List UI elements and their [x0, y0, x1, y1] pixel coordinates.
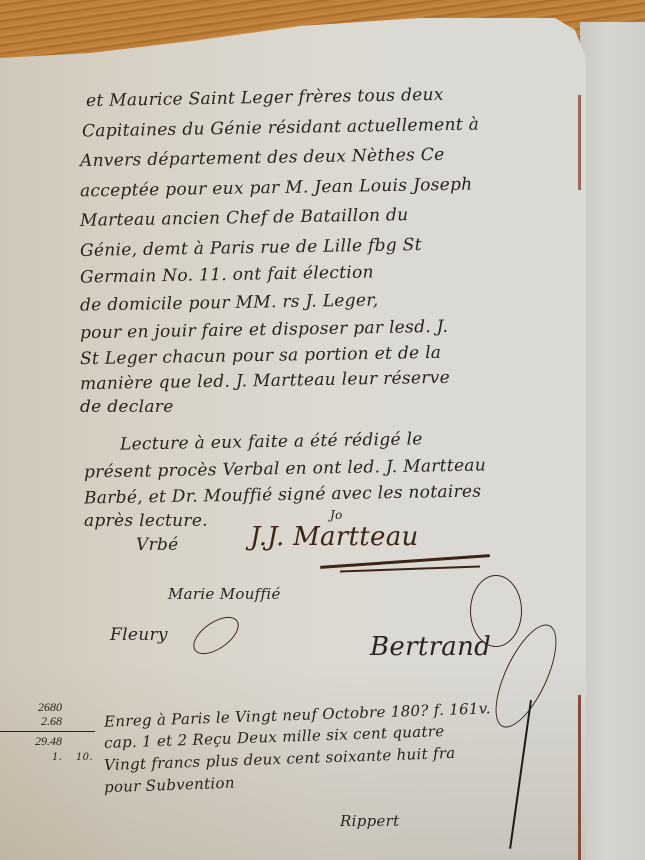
- margin-number-1: 2680: [2, 700, 62, 715]
- closing-line-4: après lecture.: [84, 511, 208, 531]
- margin-number-total: 29.48: [2, 734, 62, 749]
- red-page-edge-bottom: [578, 695, 581, 860]
- signature-barbe: Vrbé: [136, 535, 179, 555]
- margin-number-2: 2.68: [2, 714, 62, 729]
- margin-sum-rule: [0, 731, 95, 732]
- underlying-page: [580, 22, 645, 860]
- margin-small-2: 10.: [76, 752, 93, 763]
- signature-bertrand: Bertrand: [370, 632, 491, 662]
- signature-martteau: J.J. Martteau: [250, 522, 419, 552]
- body-line-12: de declare: [80, 397, 174, 417]
- signature-superscript: Jo: [330, 508, 343, 522]
- signature-rippert: Rippert: [340, 812, 399, 830]
- margin-small-1: 1.: [52, 752, 62, 763]
- signature-mouffie: Marie Mouffié: [168, 585, 281, 603]
- signature-flourish-right: [470, 575, 522, 647]
- signature-fleury: Fleury: [110, 625, 168, 645]
- red-page-edge-top: [578, 95, 581, 190]
